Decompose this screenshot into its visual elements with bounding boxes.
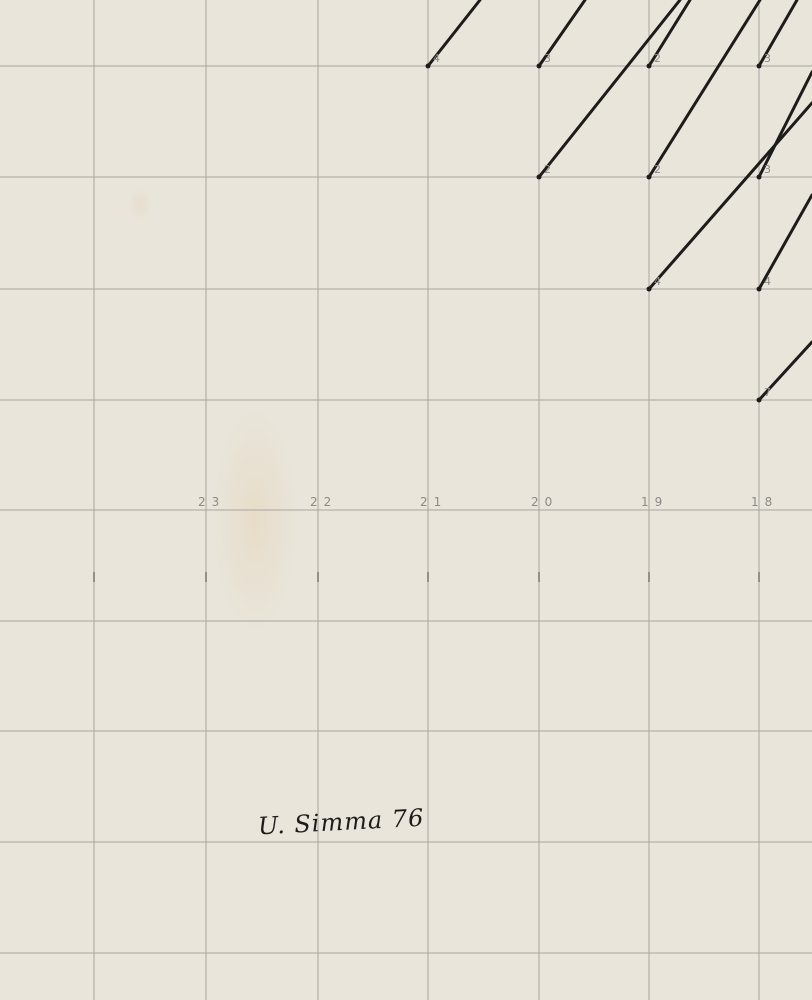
line-label: 2 — [654, 52, 661, 65]
line-origin-dot — [537, 175, 542, 180]
column-label: 22 — [310, 495, 337, 509]
line-label: 4 — [654, 275, 661, 288]
ink-line — [649, 103, 812, 289]
line-origin-dot — [426, 64, 431, 69]
line-origin-dot — [757, 287, 762, 292]
ink-line — [539, 0, 680, 177]
column-label: 18 — [751, 495, 778, 509]
line-origin-dot — [757, 175, 762, 180]
line-origin-dot — [757, 398, 762, 403]
column-label: 20 — [531, 495, 558, 509]
line-label: 4 — [764, 275, 771, 288]
ink-line — [759, 72, 812, 177]
line-origin-dot — [757, 64, 762, 69]
line-origin-dot — [647, 175, 652, 180]
line-label: 7 — [764, 386, 771, 399]
line-label: 3 — [764, 52, 771, 65]
artwork-canvas: 2322212019184322233447 U. Simma 76 — [0, 0, 812, 1000]
column-label: 21 — [420, 495, 447, 509]
line-origin-dot — [647, 287, 652, 292]
line-origin-dot — [537, 64, 542, 69]
column-label: 19 — [641, 495, 668, 509]
line-label: 2 — [544, 163, 551, 176]
line-origin-dot — [647, 64, 652, 69]
line-label: 2 — [654, 163, 661, 176]
line-label: 4 — [433, 52, 440, 65]
line-label: 3 — [764, 163, 771, 176]
line-label: 3 — [544, 52, 551, 65]
column-label: 23 — [198, 495, 225, 509]
grid-drawing: 2322212019184322233447 — [0, 0, 812, 1000]
ink-line — [649, 0, 760, 177]
